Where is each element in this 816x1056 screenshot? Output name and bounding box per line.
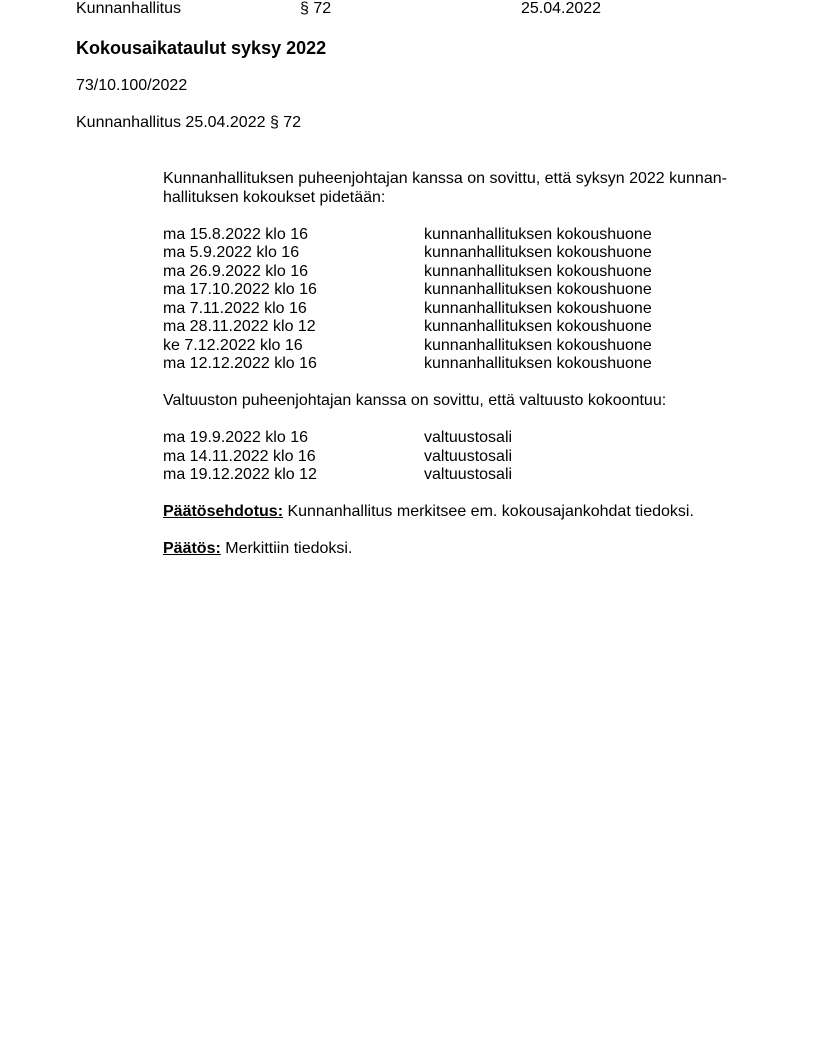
board-meeting-row: ma 5.9.2022 klo 16kunnanhallituksen koko…	[163, 244, 743, 263]
meeting-place: valtuustosali	[424, 448, 512, 467]
council-intro: Valtuuston puheenjohtajan kanssa on sovi…	[163, 392, 743, 411]
document-title: Kokousaikataulut syksy 2022	[76, 38, 326, 58]
decision: Päätös: Merkittiin tiedoksi.	[163, 540, 743, 559]
meeting-place: kunnanhallituksen kokoushuone	[424, 355, 652, 374]
header-paragraph: § 72	[300, 0, 331, 18]
header-date: 25.04.2022	[521, 0, 601, 18]
board-meeting-row: ma 12.12.2022 klo 16kunnanhallituksen ko…	[163, 355, 743, 374]
council-meeting-row: ma 19.12.2022 klo 12valtuustosali	[163, 466, 743, 485]
meeting-time: ma 14.11.2022 klo 16	[163, 448, 424, 467]
meeting-time: ma 28.11.2022 klo 12	[163, 318, 424, 337]
meeting-time: ma 7.11.2022 klo 16	[163, 300, 424, 319]
board-meeting-row: ma 17.10.2022 klo 16kunnanhallituksen ko…	[163, 281, 743, 300]
meeting-place: valtuustosali	[424, 466, 512, 485]
decision-label: Päätös:	[163, 540, 221, 557]
meeting-time: ma 15.8.2022 klo 16	[163, 226, 424, 245]
document-body: Kunnanhallituksen puheenjohtajan kanssa …	[163, 170, 743, 559]
meeting-reference: Kunnanhallitus 25.04.2022 § 72	[76, 114, 301, 132]
meeting-time: ma 5.9.2022 klo 16	[163, 244, 424, 263]
meeting-place: valtuustosali	[424, 429, 512, 448]
meeting-place: kunnanhallituksen kokoushuone	[424, 281, 652, 300]
document-number: 73/10.100/2022	[76, 77, 187, 95]
board-meeting-row: ma 7.11.2022 klo 16kunnanhallituksen kok…	[163, 300, 743, 319]
board-meeting-row: ma 26.9.2022 klo 16kunnanhallituksen kok…	[163, 263, 743, 282]
council-meeting-row: ma 14.11.2022 klo 16valtuustosali	[163, 448, 743, 467]
board-meeting-list: ma 15.8.2022 klo 16kunnanhallituksen kok…	[163, 226, 743, 374]
board-meeting-row: ma 28.11.2022 klo 12kunnanhallituksen ko…	[163, 318, 743, 337]
proposal-label: Päätösehdotus:	[163, 503, 283, 520]
council-meeting-row: ma 19.9.2022 klo 16valtuustosali	[163, 429, 743, 448]
board-meeting-row: ke 7.12.2022 klo 16kunnanhallituksen kok…	[163, 337, 743, 356]
meeting-time: ma 26.9.2022 klo 16	[163, 263, 424, 282]
council-meeting-list: ma 19.9.2022 klo 16valtuustosali ma 14.1…	[163, 429, 743, 485]
board-intro: Kunnanhallituksen puheenjohtajan kanssa …	[163, 170, 743, 207]
decision-proposal: Päätösehdotus: Kunnanhallitus merkitsee …	[163, 503, 743, 522]
header-organ: Kunnanhallitus	[76, 0, 181, 18]
meeting-place: kunnanhallituksen kokoushuone	[424, 318, 652, 337]
decision-text: Merkittiin tiedoksi.	[221, 540, 353, 557]
board-intro-line2: hallituksen kokoukset pidetään:	[163, 189, 385, 206]
meeting-time: ma 19.9.2022 klo 16	[163, 429, 424, 448]
meeting-time: ke 7.12.2022 klo 16	[163, 337, 424, 356]
board-meeting-row: ma 15.8.2022 klo 16kunnanhallituksen kok…	[163, 226, 743, 245]
meeting-time: ma 12.12.2022 klo 16	[163, 355, 424, 374]
board-intro-line1: Kunnanhallituksen puheenjohtajan kanssa …	[163, 170, 727, 187]
meeting-place: kunnanhallituksen kokoushuone	[424, 226, 652, 245]
meeting-place: kunnanhallituksen kokoushuone	[424, 337, 652, 356]
meeting-place: kunnanhallituksen kokoushuone	[424, 300, 652, 319]
meeting-time: ma 19.12.2022 klo 12	[163, 466, 424, 485]
proposal-text: Kunnanhallitus merkitsee em. kokousajank…	[283, 503, 694, 520]
meeting-place: kunnanhallituksen kokoushuone	[424, 244, 652, 263]
meeting-time: ma 17.10.2022 klo 16	[163, 281, 424, 300]
meeting-place: kunnanhallituksen kokoushuone	[424, 263, 652, 282]
